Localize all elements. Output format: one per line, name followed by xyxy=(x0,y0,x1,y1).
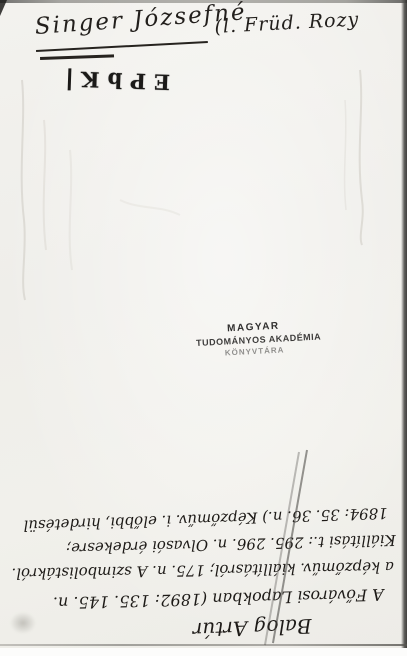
owner-stamp-bar xyxy=(68,68,72,90)
owner-stamp: EPbK xyxy=(62,64,171,98)
owner-stamp-text: EPbK xyxy=(73,67,171,95)
card-right-edge xyxy=(401,0,407,648)
note-line: A Fővárosi Lapokban (1892: 135. 145. n. xyxy=(8,585,384,614)
scanned-card: Singer Józsefné (l. Früd. Rozy EPbK MAGY… xyxy=(0,0,407,656)
note-line: a képzőműv. kiállításról; 175. n. A szim… xyxy=(8,558,394,583)
name-underline-second xyxy=(40,54,114,60)
note-line: 1894: 35. 36. n.) Képzőműv. i. előbbi, h… xyxy=(8,504,388,535)
handwritten-note-upside-down: Balog Artúr A Fővárosi Lapokban (1892: 1… xyxy=(8,450,400,640)
name-underline xyxy=(36,41,208,52)
scan-corner-shadow xyxy=(0,0,7,16)
library-stamp: MAGYAR TUDOMÁNYOS AKADÉMIA KÖNYVTÁRA xyxy=(195,319,313,359)
note-line: Kiállítási t.: 295. 296. n. Olvasói érde… xyxy=(8,531,396,559)
card-paper: Singer Józsefné (l. Früd. Rozy EPbK MAGY… xyxy=(0,0,407,648)
